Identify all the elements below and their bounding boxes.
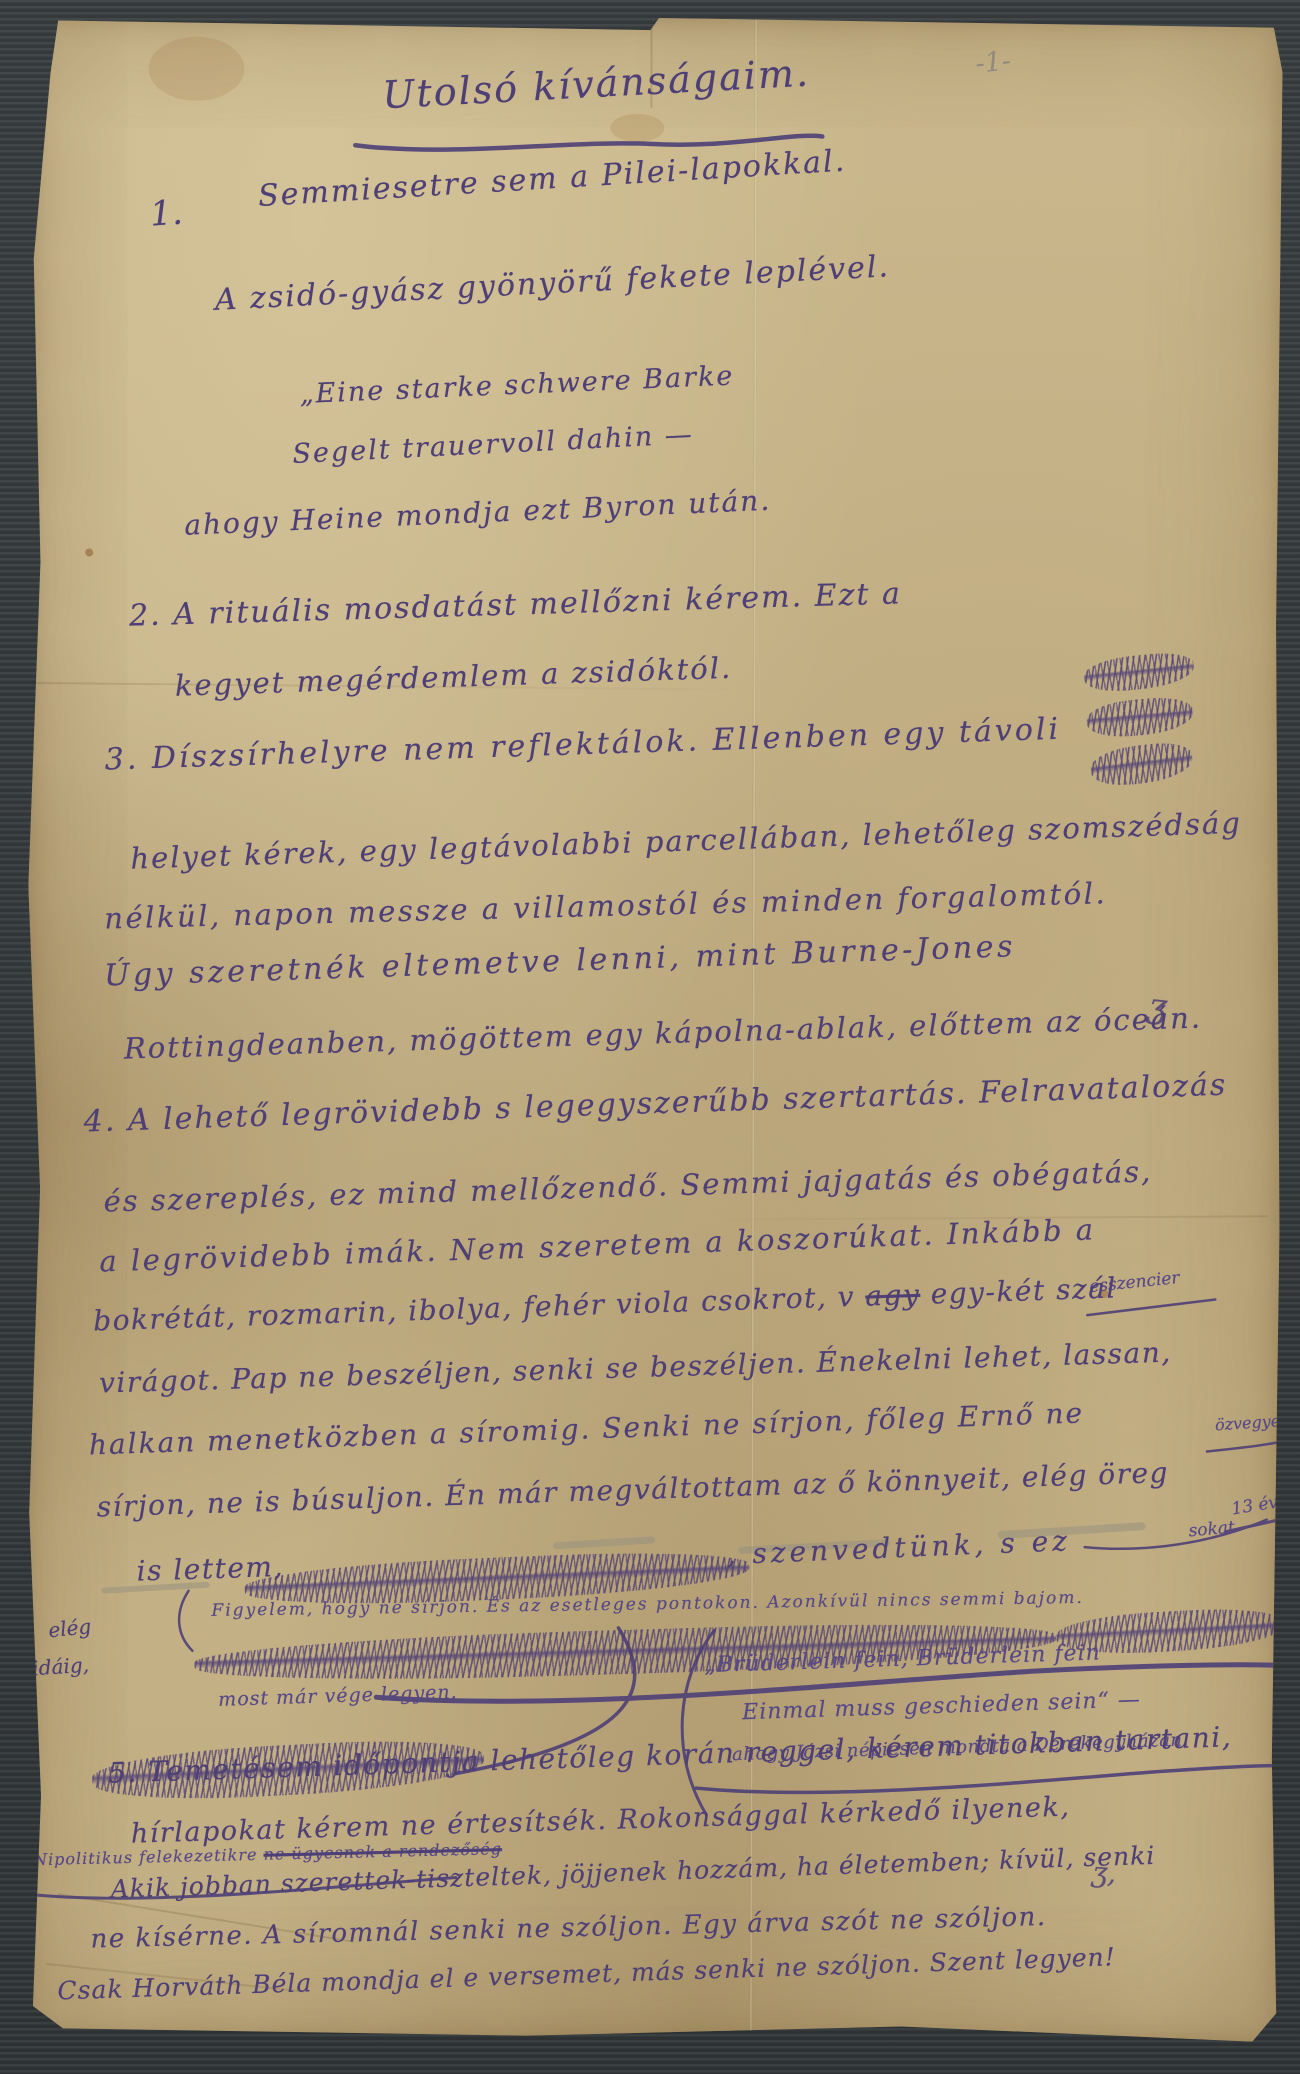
item-2-line-1: 2. A rituális mosdatást mellőzni kérem. …: [129, 576, 903, 633]
manuscript-page: -1- Utolsó kívánságaim. 1. Semmiesetre s…: [25, 16, 1282, 2041]
item-5-line-1: 5. Temetésem időpontja lehetőleg korán r…: [108, 1720, 1233, 1789]
page-number: -1-: [974, 45, 1012, 79]
item-4-line-4-text: egy-két szál: [930, 1271, 1117, 1310]
stain-blotch: [610, 114, 664, 142]
page-title: Utolsó kívánságaim.: [381, 51, 811, 118]
item-5-line-4: ne kísérne. A síromnál senki ne szóljon.…: [90, 1902, 1047, 1955]
item-4-line-5: virágot. Pap ne beszéljen, senki se besz…: [99, 1336, 1173, 1400]
crossed-out-word: agy: [865, 1278, 921, 1313]
scribbled-out-margin-word: [1085, 695, 1194, 740]
heine-quote-line-1: „Eine starke schwere Barke: [299, 360, 735, 410]
margin-fragment: idáig,: [32, 1653, 90, 1681]
heine-quote-line-2: Segelt trauervoll dahin —: [292, 419, 695, 470]
item-3-line-2: helyet kérek, egy legtávolabbi parcelláb…: [130, 806, 1242, 876]
inserted-word-above-line: özvegyem: [1214, 1410, 1296, 1434]
screenshot-root: { "scan": { "page_number": "-1-", "title…: [0, 0, 1300, 2074]
item-4-line-2: és szereplés, ez mind mellőzendő. Semmi …: [103, 1154, 1153, 1218]
bruederlein-quote-line-2: Einmal muss geschieden sein“ —: [742, 1687, 1141, 1725]
item-4-line-4: bokrétát, rozmarin, ibolya, fehér viola …: [93, 1271, 1118, 1337]
margin-fragment: elég: [47, 1614, 92, 1642]
item-4-line-1: 4. A lehető legrövidebb s legegyszerűbb …: [83, 1068, 1228, 1140]
inserted-note-text: (Nipolitikus felekezetikre: [26, 1845, 258, 1869]
item-2-line-2: kegyet megérdemlem a zsidóktól.: [174, 651, 732, 703]
item-4-line-3: a legrövidebb imák. Nem szeretem a koszo…: [99, 1212, 1096, 1278]
item-1-line-2: A zsidó-gyász gyönyörű fekete leplével.: [214, 249, 891, 318]
item-1-line-1: Semmiesetre sem a Pilei-lapokkal.: [257, 144, 847, 214]
item-3-line-3: nélkül, napon messze a villamostól és mi…: [104, 876, 1108, 935]
item-5-line-2: hírlapokat kérem ne értesítsék. Rokonság…: [130, 1792, 1070, 1850]
item-1-line-3: ahogy Heine mondja ezt Byron után.: [184, 484, 772, 542]
scribbled-out-margin-word: [1082, 650, 1195, 695]
circled-note: most már vége legyen.: [218, 1681, 458, 1711]
item-4-line-7: sírjon, ne is búsuljon. Én már megváltot…: [96, 1456, 1169, 1524]
item-3-line-4: Úgy szeretnék eltemetve lenni, mint Burn…: [104, 929, 1017, 993]
stain-foxing: [148, 37, 244, 101]
item-4-line-6: halkan menetközben a síromig. Senki ne s…: [88, 1396, 1084, 1461]
item-4-line-8-end: , szenvedtünk, s ez: [726, 1524, 1072, 1571]
inserted-word-above-line: 13 évig: [1230, 1490, 1295, 1519]
item-3-line-5: Rottingdeanben, mögöttem egy kápolna-abl…: [123, 1001, 1202, 1066]
desk-background: -1- Utolsó kívánságaim. 1. Semmiesetre s…: [0, 0, 1300, 2074]
item-5-line-5: Csak Horváth Béla mondja el e versemet, …: [57, 1942, 1116, 2005]
stain-spot: [85, 549, 93, 557]
item-1-number: 1.: [149, 193, 184, 235]
item-4-line-4-text: bokrétát, rozmarin, ibolya, fehér viola …: [93, 1280, 856, 1338]
scribbled-out-margin-word: [1089, 739, 1195, 789]
item-3-line-1: 3. Díszsírhelyre nem reflektálok. Ellenb…: [104, 712, 1061, 778]
inserted-word-above-line: sokat: [1188, 1518, 1236, 1542]
